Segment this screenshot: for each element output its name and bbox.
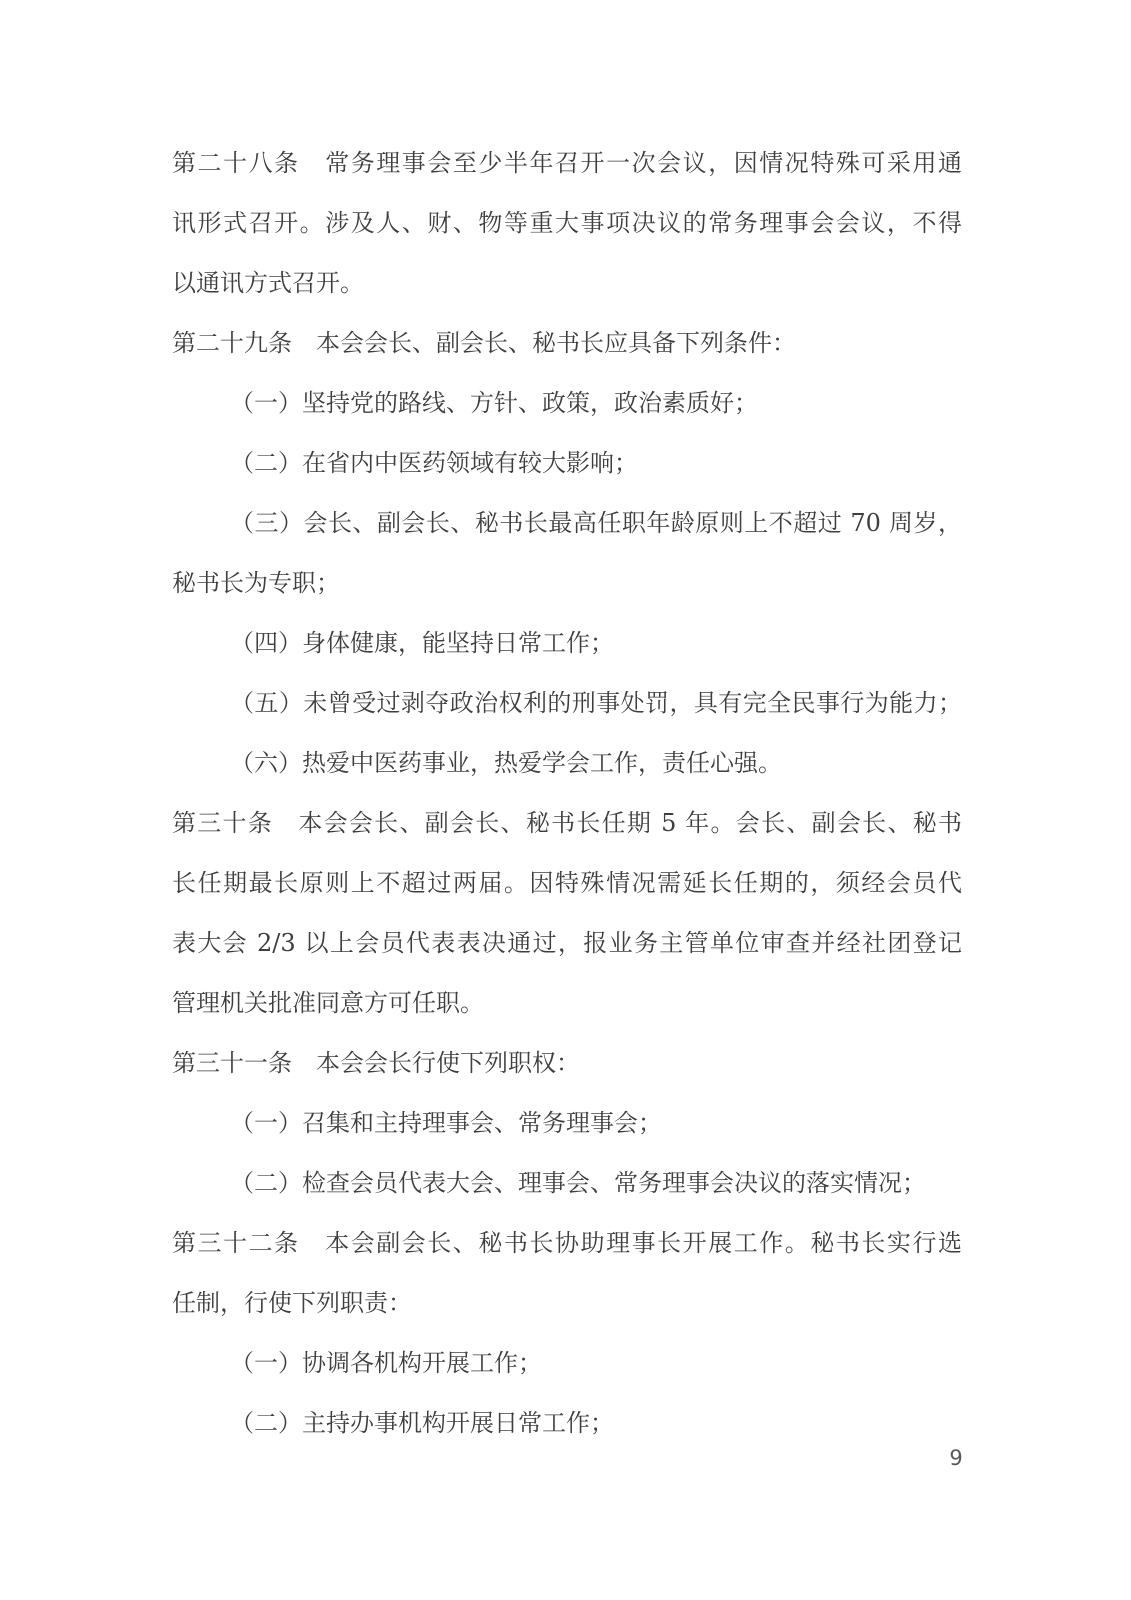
text-line: （三）会长、副会长、秘书长最高任职年龄原则上不超过 70 周岁，: [172, 493, 962, 553]
text-line: 表大会 2/3 以上会员代表表决通过，报业务主管单位审查并经社团登记: [172, 913, 962, 973]
text-line: 以通讯方式召开。: [172, 253, 962, 313]
text-line: （一）召集和主持理事会、常务理事会；: [172, 1093, 962, 1153]
text-line: （四）身体健康，能坚持日常工作；: [172, 613, 962, 673]
text-line: 管理机关批准同意方可任职。: [172, 973, 962, 1033]
text-line: 长任期最长原则上不超过两届。因特殊情况需延长任期的，须经会员代: [172, 853, 962, 913]
text-line: 第三十一条 本会会长行使下列职权：: [172, 1033, 962, 1093]
text-line: （二）检查会员代表大会、理事会、常务理事会决议的落实情况；: [172, 1153, 962, 1213]
text-line: 第二十八条 常务理事会至少半年召开一次会议，因情况特殊可采用通: [172, 133, 962, 193]
text-line: 讯形式召开。涉及人、财、物等重大事项决议的常务理事会会议，不得: [172, 193, 962, 253]
text-line: 任制，行使下列职责：: [172, 1273, 962, 1333]
text-line: （二）在省内中医药领域有较大影响；: [172, 433, 962, 493]
text-line: 秘书长为专职；: [172, 553, 962, 613]
text-line: （一）协调各机构开展工作；: [172, 1333, 962, 1393]
text-line: （二）主持办事机构开展日常工作；: [172, 1393, 962, 1453]
text-line: 第三十条 本会会长、副会长、秘书长任期 5 年。会长、副会长、秘书: [172, 793, 962, 853]
document-page: 第二十八条 常务理事会至少半年召开一次会议，因情况特殊可采用通讯形式召开。涉及人…: [0, 0, 1131, 1600]
text-line: （五）未曾受过剥夺政治权利的刑事处罚，具有完全民事行为能力；: [172, 673, 962, 733]
text-line: 第二十九条 本会会长、副会长、秘书长应具备下列条件：: [172, 313, 962, 373]
text-line: 第三十二条 本会副会长、秘书长协助理事长开展工作。秘书长实行选: [172, 1213, 962, 1273]
text-line: （一）坚持党的路线、方针、政策，政治素质好；: [172, 373, 962, 433]
text-line: （六）热爱中医药事业，热爱学会工作，责任心强。: [172, 733, 962, 793]
document-body: 第二十八条 常务理事会至少半年召开一次会议，因情况特殊可采用通讯形式召开。涉及人…: [172, 133, 962, 1453]
page-number: 9: [938, 1443, 974, 1473]
